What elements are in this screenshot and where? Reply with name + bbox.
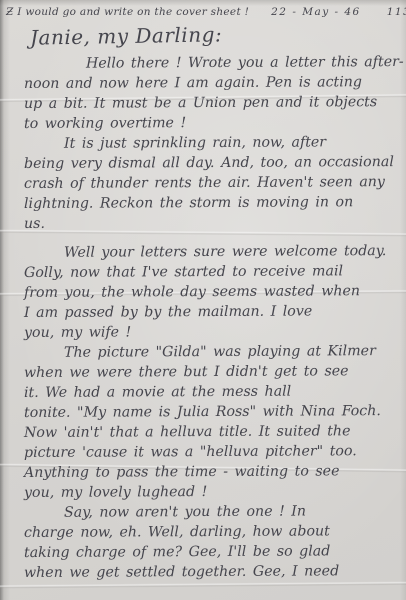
letter-line: it. We had a movie at the mess hall xyxy=(24,381,398,403)
letter-line: to working overtime ! xyxy=(24,112,398,134)
letter-line: us. xyxy=(24,212,398,234)
letter-line: I am passed by by the mailman. I love xyxy=(24,301,398,323)
letter-line: Golly, now that I've started to receive … xyxy=(24,261,398,283)
letter-line: lightning. Reckon the storm is moving in… xyxy=(24,192,398,214)
letter-line: charge now, eh. Well, darling, how about xyxy=(24,521,398,543)
letter-line: Hello there ! Wrote you a letter this af… xyxy=(24,52,398,74)
letter-line: noon and now here I am again. Pen is act… xyxy=(24,72,398,94)
letter-page: Ƶ I would go and write on the cover shee… xyxy=(0,0,406,600)
letter-body: Hello there ! Wrote you a letter this af… xyxy=(24,53,398,582)
letter-line: Well your letters sure were welcome toda… xyxy=(24,241,398,263)
letter-line: Say, now aren't you the one ! In xyxy=(24,501,398,523)
letter-line: you, my wife ! xyxy=(24,321,398,343)
letter-time: 1130 PM. xyxy=(387,6,406,18)
letter-line: when we get settled together. Gee, I nee… xyxy=(24,561,398,583)
letter-line: when we were there but I didn't get to s… xyxy=(24,361,398,383)
letter-line: up a bit. It must be a Union pen and it … xyxy=(24,92,398,114)
letter-line: picture 'cause it was a "helluva pitcher… xyxy=(24,441,398,463)
letter-line: being very dismal all day. And, too, an … xyxy=(24,152,398,174)
letter-line: Anything to pass the time - waiting to s… xyxy=(24,461,398,483)
letter-line: crash of thunder rents the air. Haven't … xyxy=(24,172,398,194)
salutation: Janie, my Darling: xyxy=(30,22,223,49)
letter-line: you, my lovely lughead ! xyxy=(24,481,398,503)
letter-date: 22 - May - 46 xyxy=(271,6,361,18)
margin-annotation: Ƶ I would go and write on the cover shee… xyxy=(6,6,249,18)
letter-line: from you, the whole day seems wasted whe… xyxy=(24,281,398,303)
letter-line: Now 'ain't' that a helluva title. It sui… xyxy=(24,421,398,443)
letter-line: taking charge of me? Gee, I'll be so gla… xyxy=(24,541,398,563)
top-margin-row: Ƶ I would go and write on the cover shee… xyxy=(6,6,402,18)
letter-line: It is just sprinkling rain, now, after xyxy=(24,132,398,154)
letter-line: tonite. "My name is Julia Ross" with Nin… xyxy=(24,401,398,423)
letter-line: The picture "Gilda" was playing at Kilme… xyxy=(24,341,398,363)
